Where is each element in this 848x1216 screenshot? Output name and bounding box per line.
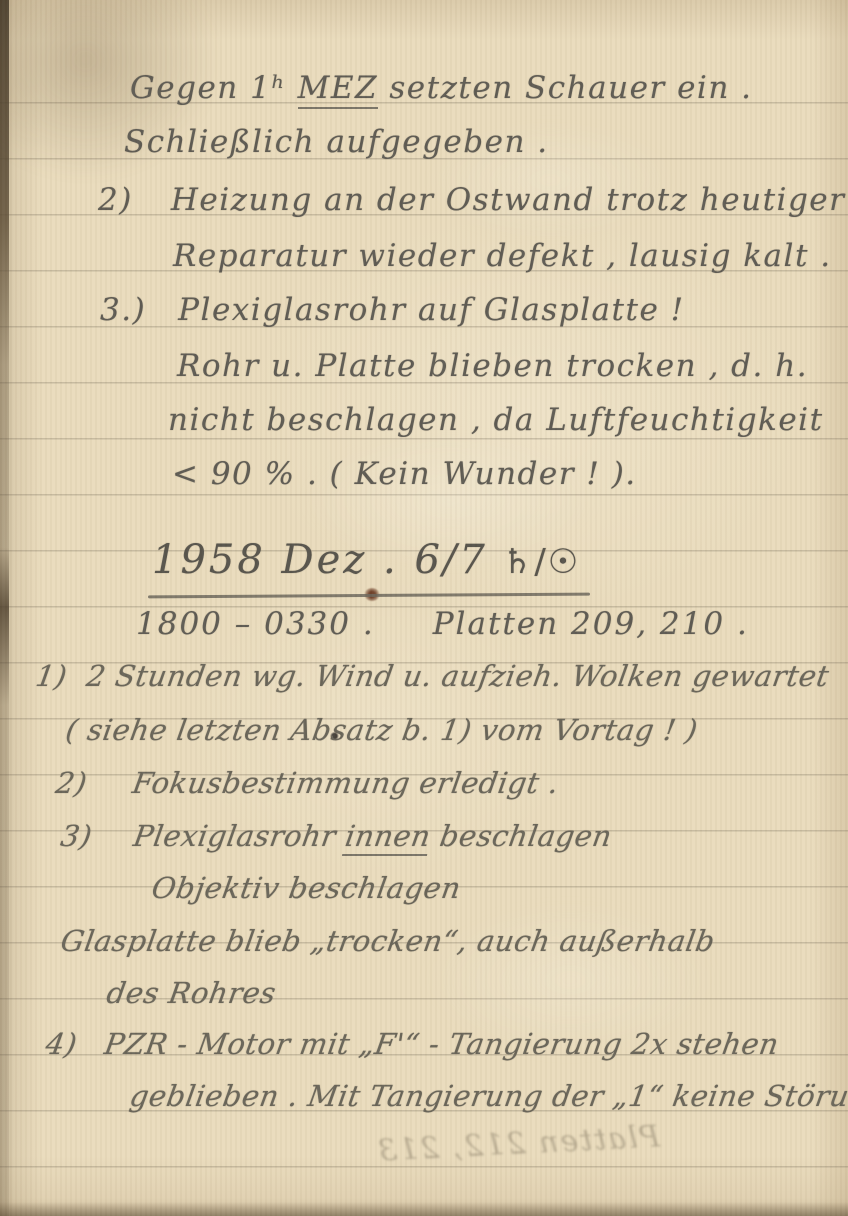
handwriting-item-3-plexiglasrohr: 3.)Plexiglasrohr auf Glasplatte !	[100, 284, 685, 336]
list-marker: 3.)	[100, 284, 146, 336]
page-bottom-edge-shadow	[0, 1202, 848, 1216]
handwriting-line-des-rohres: des Rohres	[103, 967, 280, 1019]
handwriting-item-2-fokus: 2)Fokusbestimmung erledigt .	[52, 757, 563, 809]
text-fragment: Plexiglasrohr	[131, 819, 348, 853]
handwriting-item-1-wind: 1)2 Stunden wg. Wind u. aufzieh. Wolken …	[32, 650, 833, 702]
handwriting-item-3-plexiglas-innen: 3)Plexiglasrohr innen beschlagen	[57, 810, 616, 862]
handwriting-line-objektiv: Objektiv beschlagen	[148, 862, 465, 914]
handwriting-line-siehe-absatz: ( siehe letzten Absatz b. 1) vom Vortag …	[62, 704, 702, 756]
list-marker: 4)	[42, 1018, 81, 1070]
date-text: 1958 Dez . 6/7	[152, 537, 488, 583]
underlined-word-mez: MEZ	[298, 70, 378, 109]
text-fragment: Plexiglasrohr auf Glasplatte !	[178, 292, 684, 328]
text-fragment: PZR - Motor mit „F'“ - Tangierung 2x ste…	[102, 1027, 781, 1061]
handwriting-line-aufgegeben: Schließlich aufgegeben .	[124, 116, 549, 168]
text-fragment: Fokusbestimmung erledigt .	[130, 766, 561, 800]
notebook-page-photo: Gegen 1ʰ MEZ setzten Schauer ein . Schli…	[0, 0, 848, 1216]
page-left-edge-shadow	[0, 0, 9, 1216]
handwriting-line-rohr-platte: Rohr u. Platte blieben trocken , d. h.	[177, 340, 808, 392]
saturn-sun-weekday-symbols: ♄/☉	[502, 542, 580, 582]
plate-numbers: Platten 209, 210 .	[433, 606, 749, 642]
list-marker: 3)	[57, 810, 96, 862]
list-marker: 2)	[98, 174, 133, 226]
handwriting-line-90-prozent: < 90 % . ( Kein Wunder ! ).	[172, 448, 637, 500]
handwriting-item-4-pzr-motor: 4)PZR - Motor mit „F'“ - Tangierung 2x s…	[42, 1018, 783, 1070]
handwriting-line-nicht-beschlagen: nicht beschlagen , da Luftfeuchtigkeit	[168, 394, 824, 446]
handwriting-line-weather: Gegen 1ʰ MEZ setzten Schauer ein .	[130, 62, 753, 114]
entry-date-heading: 1958 Dez . 6/7♄/☉	[152, 530, 580, 592]
bleed-through-ghost-text: Platten 212, 213	[249, 1119, 660, 1175]
text-fragment: Gegen 1ʰ	[130, 70, 298, 106]
handwriting-line-reparatur: Reparatur wieder defekt , lausig kalt .	[173, 230, 832, 282]
entry-time-and-plates: 1800 – 0330 .Platten 209, 210 .	[136, 598, 749, 650]
time-range: 1800 – 0330 .	[136, 606, 375, 642]
handwriting-item-2-heizung: 2)Heizung an der Ostwand trotz heutiger	[98, 174, 845, 226]
text-fragment: Heizung an der Ostwand trotz heutiger	[171, 182, 846, 218]
handwriting-line-geblieben: geblieben . Mit Tangierung der „1“ keine…	[126, 1070, 848, 1122]
text-fragment: 2 Stunden wg. Wind u. aufzieh. Wolken ge…	[84, 659, 831, 693]
underlined-word-innen: innen	[342, 819, 433, 856]
handwriting-line-glasplatte: Glasplatte blieb „trocken“, auch außerha…	[57, 915, 719, 967]
list-marker: 2)	[52, 757, 91, 809]
text-fragment: beschlagen	[428, 819, 615, 853]
list-marker: 1)	[32, 650, 71, 702]
text-fragment: setzten Schauer ein .	[378, 70, 752, 106]
